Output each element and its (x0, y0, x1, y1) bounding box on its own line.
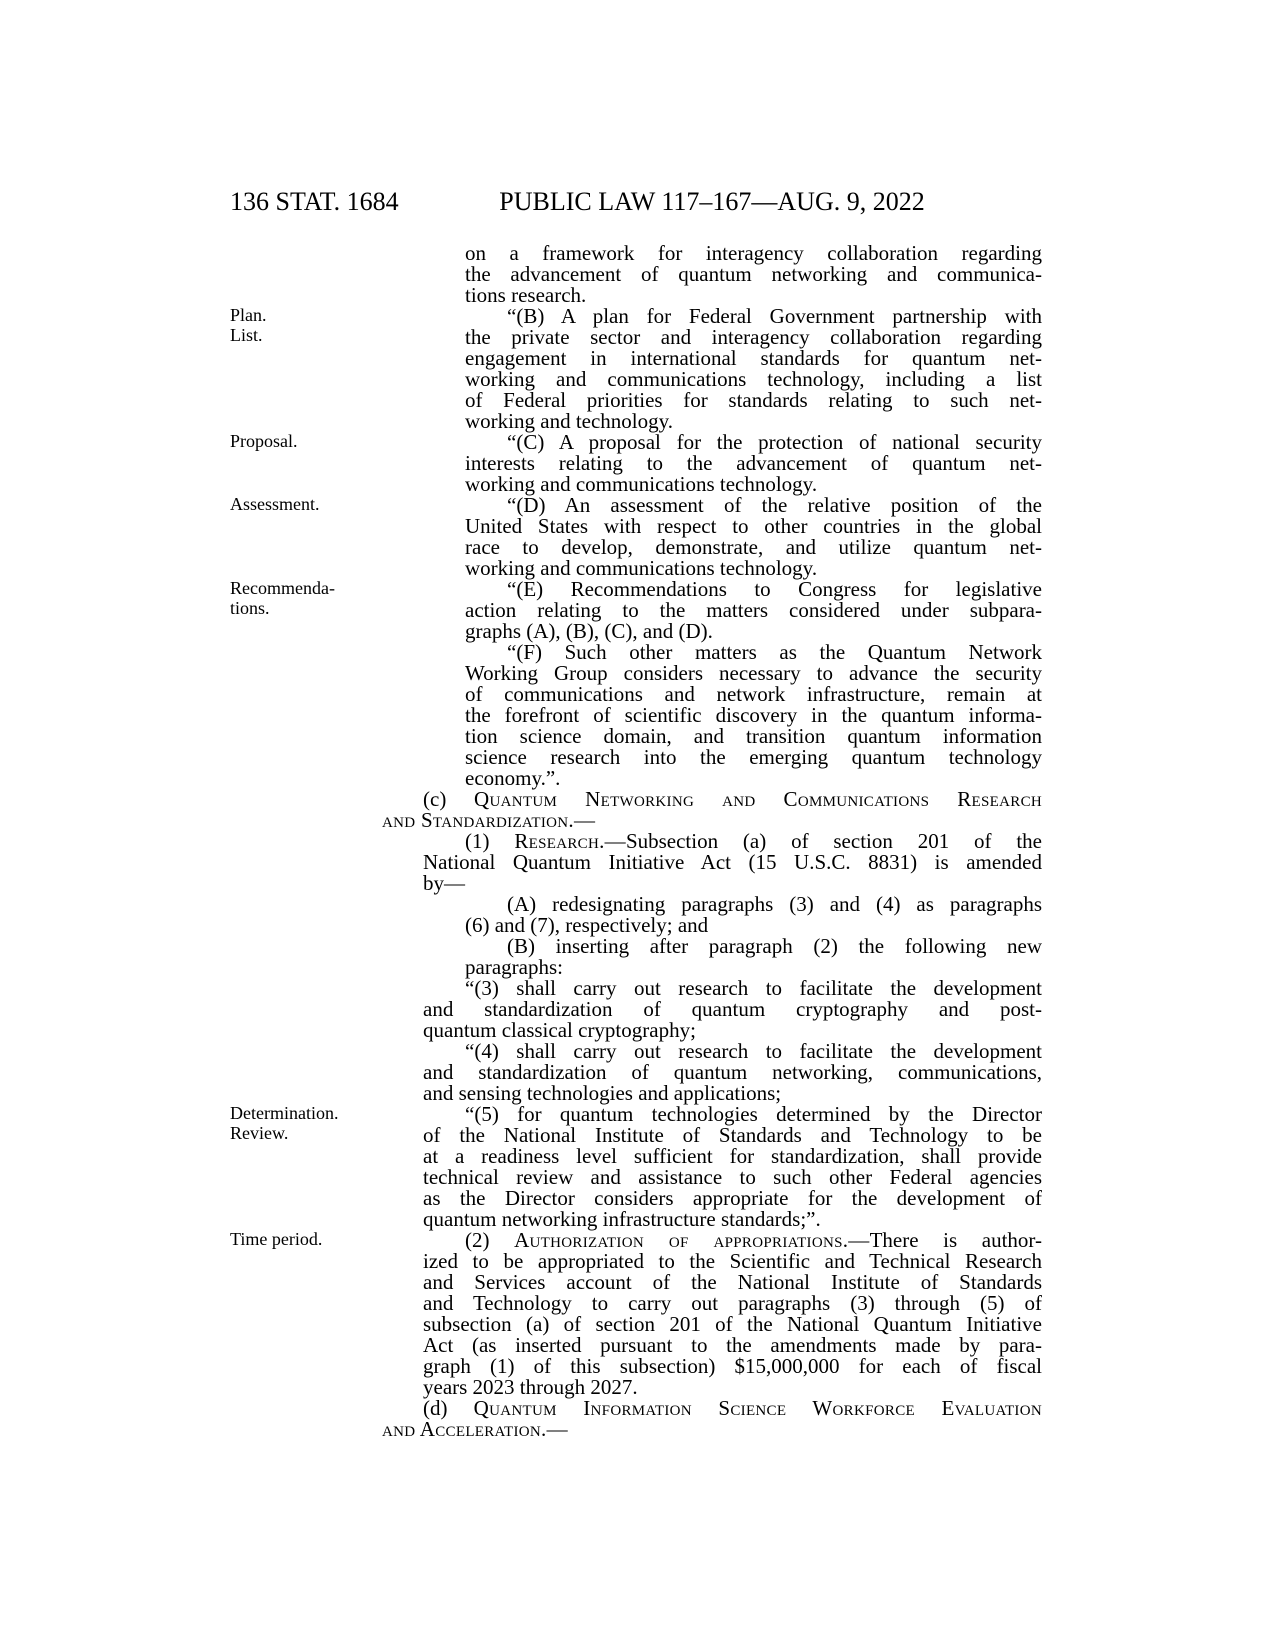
body-line: of Federal priorities for standards rela… (465, 390, 1042, 411)
body-line: engagement in international standards fo… (465, 348, 1042, 369)
body-line: (B) inserting after paragraph (2) the fo… (507, 936, 1042, 957)
body-line: tions research. (465, 285, 1042, 306)
body-line: (A) redesignating paragraphs (3) and (4)… (507, 894, 1042, 915)
body-line: (1) Research.—Subsection (a) of section … (465, 831, 1042, 852)
body-line: and Technology to carry out paragraphs (… (423, 1293, 1042, 1314)
small-caps-segment: and Acceleration.— (382, 1417, 568, 1441)
body-line: subsection (a) of section 201 of the Nat… (423, 1314, 1042, 1335)
body-line: and sensing technologies and application… (423, 1083, 1042, 1104)
body-line: (6) and (7), respectively; and (465, 915, 1042, 936)
page-header-law-title: PUBLIC LAW 117–167—AUG. 9, 2022 (382, 189, 1042, 215)
body-line: of the National Institute of Standards a… (423, 1125, 1042, 1146)
body-line: working and communications technology. (465, 558, 1042, 579)
body-line: “(C) A proposal for the protection of na… (507, 432, 1042, 453)
body-line: action relating to the matters considere… (465, 600, 1042, 621)
body-line: and Acceleration.— (382, 1419, 1042, 1440)
body-line: technical review and assistance to such … (423, 1167, 1042, 1188)
body-line: “(4) shall carry out research to facilit… (465, 1041, 1042, 1062)
body-line: at a readiness level sufficient for stan… (423, 1146, 1042, 1167)
body-line: working and communications technology. (465, 474, 1042, 495)
body-line: “(F) Such other matters as the Quantum N… (507, 642, 1042, 663)
body-line: on a framework for interagency collabora… (465, 243, 1042, 264)
statute-page: 136 STAT. 1684 PUBLIC LAW 117–167—AUG. 9… (0, 0, 1275, 1650)
body-line: interests relating to the advancement of… (465, 453, 1042, 474)
body-line: (2) Authorization of appropriations.—The… (465, 1230, 1042, 1251)
body-line: race to develop, demonstrate, and utiliz… (465, 537, 1042, 558)
body-line: science research into the emerging quant… (465, 747, 1042, 768)
body-line: “(E) Recommendations to Congress for leg… (507, 579, 1042, 600)
body-line: and Services account of the National Ins… (423, 1272, 1042, 1293)
body-line: years 2023 through 2027. (423, 1377, 1042, 1398)
body-line: working and technology. (465, 411, 1042, 432)
body-line: and Standardization.— (382, 810, 1042, 831)
body-line: Working Group considers necessary to adv… (465, 663, 1042, 684)
body-line: “(5) for quantum technologies determined… (465, 1104, 1042, 1125)
body-line: “(D) An assessment of the relative posit… (507, 495, 1042, 516)
body-line: working and communications technology, i… (465, 369, 1042, 390)
body-line: graphs (A), (B), (C), and (D). (465, 621, 1042, 642)
body-line: (c) Quantum Networking and Communication… (423, 789, 1042, 810)
body-line: as the Director considers appropriate fo… (423, 1188, 1042, 1209)
body-line: economy.”. (465, 768, 1042, 789)
body-line: tion science domain, and transition quan… (465, 726, 1042, 747)
body-line: quantum classical cryptography; (423, 1020, 1042, 1041)
body-line: graph (1) of this subsection) $15,000,00… (423, 1356, 1042, 1377)
body-line: quantum networking infrastructure standa… (423, 1209, 1042, 1230)
body-line: United States with respect to other coun… (465, 516, 1042, 537)
body-line: and standardization of quantum cryptogra… (423, 999, 1042, 1020)
body-line: paragraphs: (465, 957, 1042, 978)
body-line: by— (423, 873, 1042, 894)
body-line: (d) Quantum Information Science Workforc… (423, 1398, 1042, 1419)
body-line: and standardization of quantum networkin… (423, 1062, 1042, 1083)
body-line: “(B) A plan for Federal Government partn… (507, 306, 1042, 327)
body-line: the forefront of scientific discovery in… (465, 705, 1042, 726)
body-line: ized to be appropriated to the Scientifi… (423, 1251, 1042, 1272)
body-line: the advancement of quantum networking an… (465, 264, 1042, 285)
body-line: “(3) shall carry out research to facilit… (465, 978, 1042, 999)
page-header-stat-number: 136 STAT. 1684 (230, 189, 399, 215)
body-line: National Quantum Initiative Act (15 U.S.… (423, 852, 1042, 873)
body-text: on a framework for interagency collabora… (0, 243, 1275, 1440)
body-line: Act (as inserted pursuant to the amendme… (423, 1335, 1042, 1356)
body-line: of communications and network infrastruc… (465, 684, 1042, 705)
body-line: the private sector and interagency colla… (465, 327, 1042, 348)
